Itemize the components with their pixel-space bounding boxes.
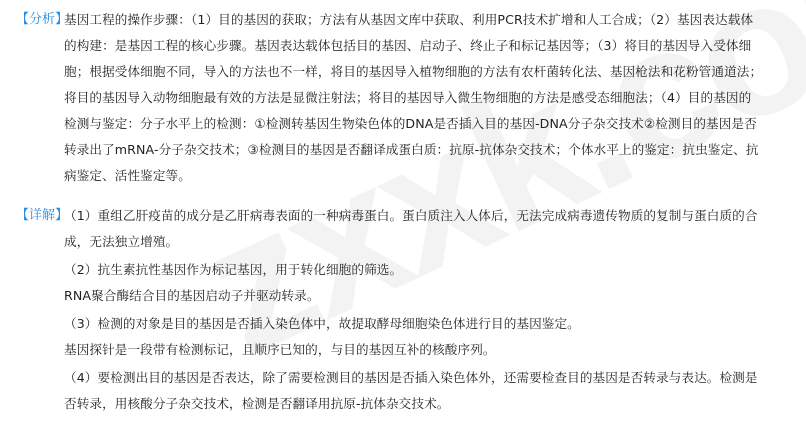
analysis-line: 检测与鉴定：分子水平上的检测：①检测转基因生物染色体的DNA是否插入目的基因-D… (64, 111, 757, 137)
analysis-line: 转录出了mRNA-分子杂交技术；③检测目的基因是否翻译成蛋白质：抗原-抗体杂交技… (64, 137, 759, 163)
detail-line: （4）要检测出目的基因是否表达，除了需要检测目的基因是否插入染色体外，还需要检查… (64, 365, 758, 391)
analysis-line: 将目的基因导入动物细胞最有效的方法是显微注射法；将目的基因导入微生物细胞的方法是… (64, 85, 751, 111)
detail-line: 否转录，用核酸分子杂交技术，检测是否翻译用抗原-抗体杂交技术。 (64, 391, 449, 417)
analysis-line: 胞；根据受体细胞不同，导入的方法也不一样，将目的基因导入植物细胞的方法有农杆菌转… (64, 59, 762, 85)
detail-line: RNA聚合酶结合目的基因启动子并驱动转录。 (64, 283, 320, 309)
analysis-line: 基因工程的操作步骤：（1）目的基因的获取；方法有从基因文库中获取、利用PCR技术… (64, 7, 753, 33)
analysis-label: 【分析】 (16, 7, 68, 33)
detail-line: （3）检测的对象是目的基因是否插入染色体中，故提取酵母细胞染色体进行目的基因鉴定… (64, 311, 580, 337)
detail-line: （1）重组乙肝疫苗的成分是乙肝病毒表面的一种病毒蛋白。蛋白质注入人体后，无法完成… (64, 203, 758, 229)
analysis-line: 病鉴定、活性鉴定等。 (64, 163, 191, 189)
detail-label: 【详解】 (16, 203, 68, 229)
detail-line: （2）抗生素抗性基因作为标记基因，用于转化细胞的筛选。 (64, 257, 402, 283)
analysis-line: 的构建：是基因工程的核心步骤。基因表达载体包括目的基因、启动子、终止子和标记基因… (64, 33, 751, 59)
detail-line: 成，无法独立增殖。 (64, 229, 178, 255)
detail-line: 基因探针是一段带有检测标记，且顺序已知的，与目的基因互补的核酸序列。 (64, 337, 496, 363)
